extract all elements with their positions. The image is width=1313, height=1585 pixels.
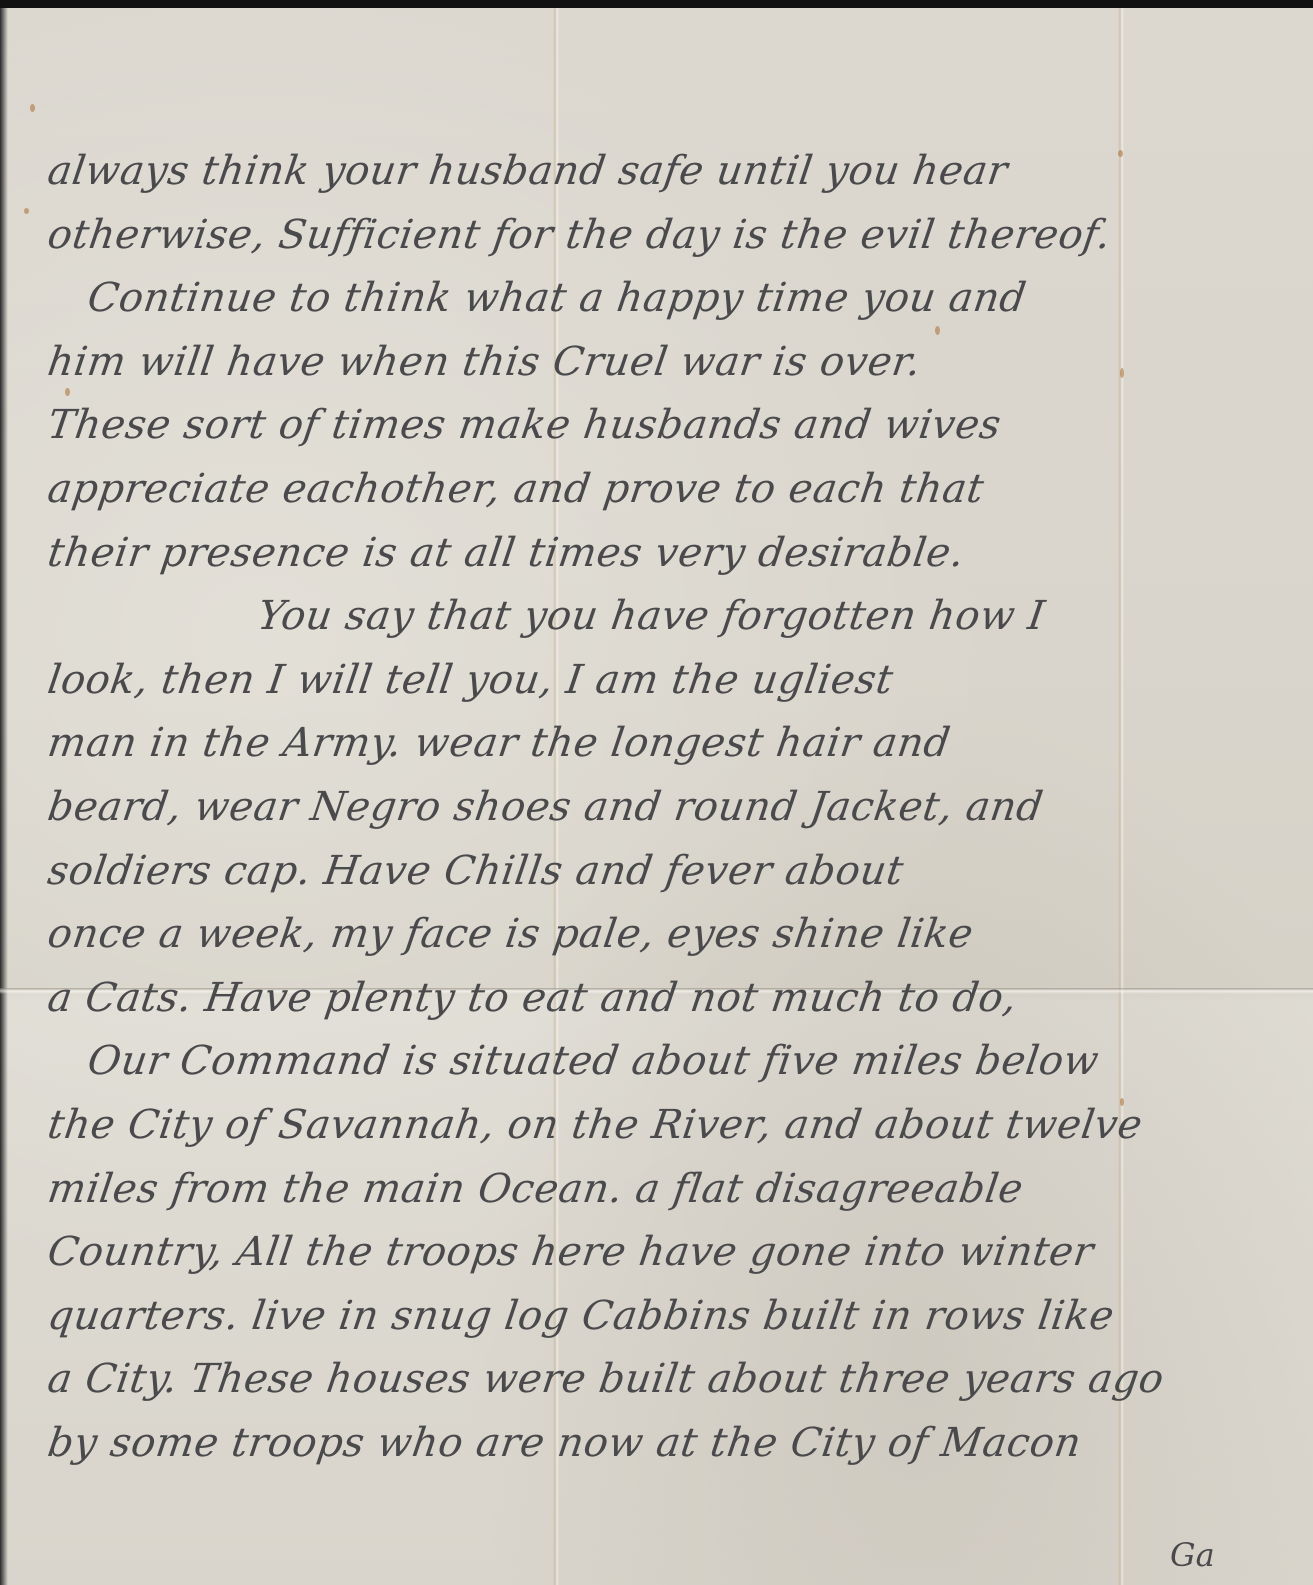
- letter-line: man in the Army. wear the longest hair a…: [44, 712, 1283, 776]
- letter-line: otherwise, Sufficient for the day is the…: [44, 204, 1283, 268]
- letter-line: Our Command is situated about five miles…: [44, 1030, 1283, 1094]
- state-abbreviation: Ga: [1170, 1536, 1215, 1574]
- letter-line: You say that you have forgotten how I: [44, 585, 1283, 649]
- letter-line: their presence is at all times very desi…: [44, 522, 1283, 586]
- letter-line: by some troops who are now at the City o…: [44, 1412, 1283, 1476]
- letter-line: always think your husband safe until you…: [44, 140, 1283, 204]
- letter-line: the City of Savannah, on the River, and …: [44, 1094, 1283, 1158]
- rust-stain: [24, 208, 29, 214]
- letter-body: always think your husband safe until you…: [48, 140, 1278, 1475]
- letter-line: miles from the main Ocean. a flat disagr…: [44, 1158, 1283, 1222]
- letter-line: beard, wear Negro shoes and round Jacket…: [44, 776, 1283, 840]
- letter-line: These sort of times make husbands and wi…: [44, 394, 1283, 458]
- letter-line: him will have when this Cruel war is ove…: [44, 331, 1283, 395]
- letter-line: Country, All the troops here have gone i…: [44, 1221, 1283, 1285]
- letter-line: a City. These houses were built about th…: [44, 1348, 1283, 1412]
- letter-line: appreciate eachother, and prove to each …: [44, 458, 1283, 522]
- letter-line: soldiers cap. Have Chills and fever abou…: [44, 840, 1283, 904]
- rust-stain: [30, 104, 35, 112]
- letter-page: always think your husband safe until you…: [0, 8, 1313, 1585]
- letter-line: quarters. live in snug log Cabbins built…: [44, 1285, 1283, 1349]
- letter-line: Continue to think what a happy time you …: [44, 267, 1283, 331]
- letter-line: look, then I will tell you, I am the ugl…: [44, 649, 1283, 713]
- letter-line: a Cats. Have plenty to eat and not much …: [44, 967, 1283, 1031]
- page-edge-shadow: [0, 8, 8, 1585]
- letter-line: once a week, my face is pale, eyes shine…: [44, 903, 1283, 967]
